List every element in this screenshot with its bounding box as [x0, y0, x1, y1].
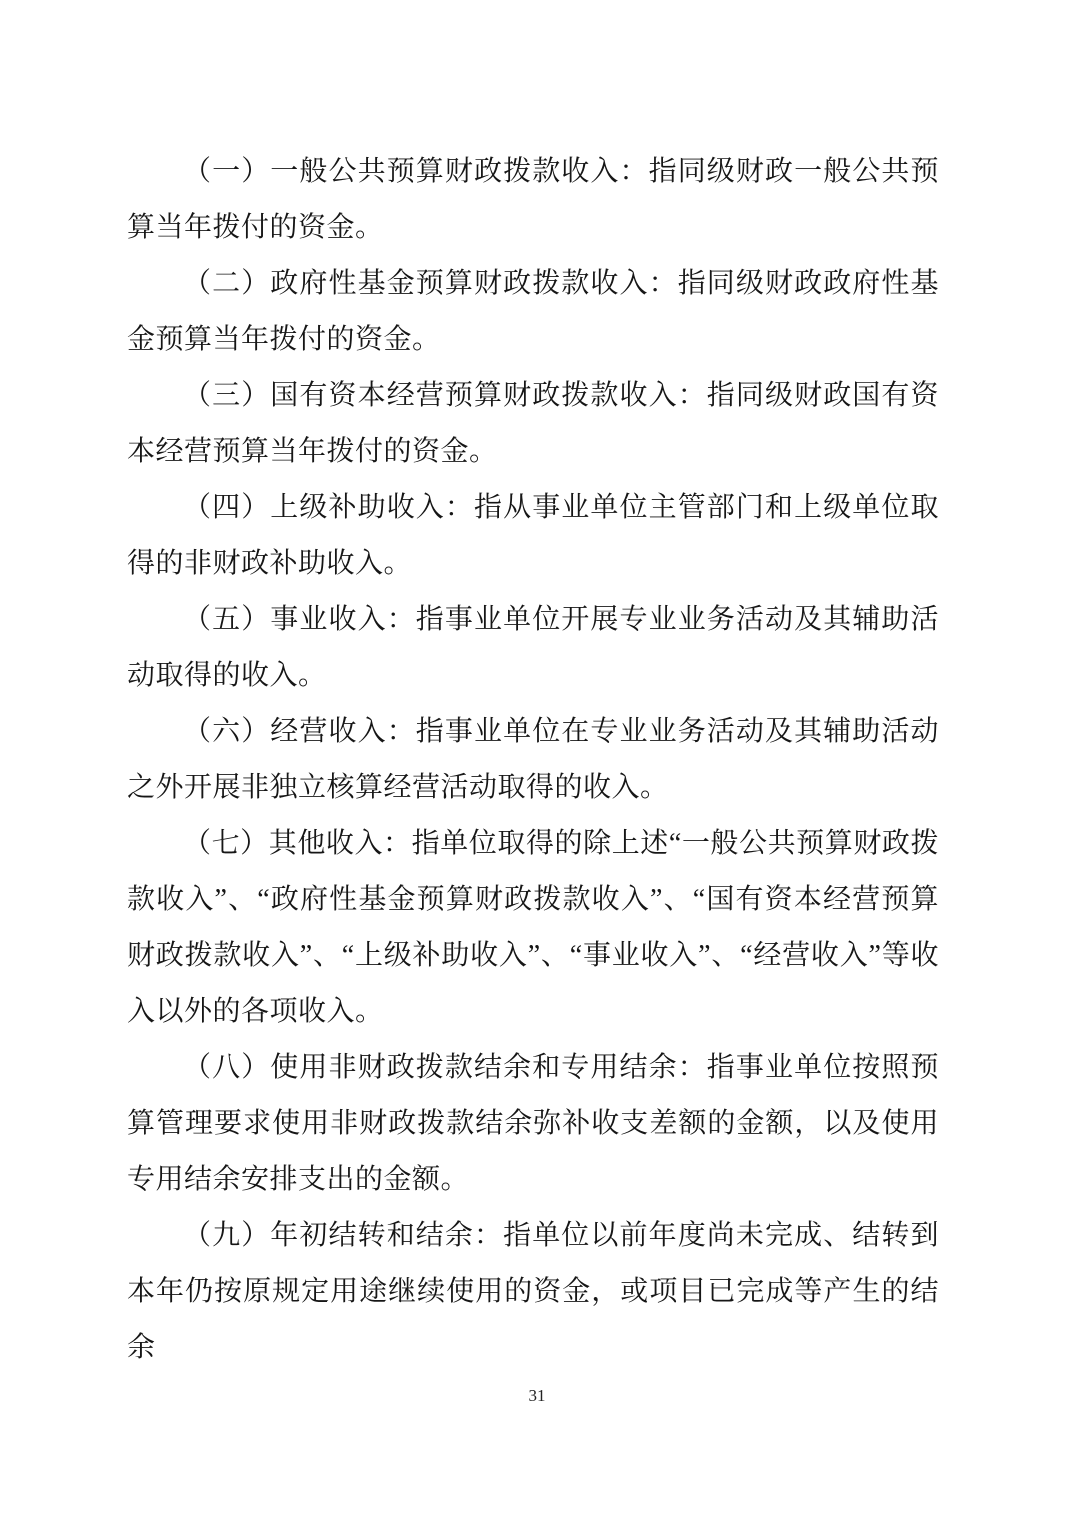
document-body: （一）一般公共预算财政拨款收入：指同级财政一般公共预算当年拨付的资金。 （二）政…	[127, 144, 939, 1376]
paragraph-item-9: （九）年初结转和结余：指单位以前年度尚未完成、结转到本年仍按原规定用途继续使用的…	[127, 1208, 939, 1376]
paragraph-item-8: （八）使用非财政拨款结余和专用结余：指事业单位按照预算管理要求使用非财政拨款结余…	[127, 1040, 939, 1208]
page-number: 31	[0, 1386, 1074, 1406]
paragraph-item-6: （六）经营收入：指事业单位在专业业务活动及其辅助活动之外开展非独立核算经营活动取…	[127, 704, 939, 816]
paragraph-item-4: （四）上级补助收入：指从事业单位主管部门和上级单位取得的非财政补助收入。	[127, 480, 939, 592]
document-page: （一）一般公共预算财政拨款收入：指同级财政一般公共预算当年拨付的资金。 （二）政…	[0, 0, 1074, 1520]
paragraph-item-1: （一）一般公共预算财政拨款收入：指同级财政一般公共预算当年拨付的资金。	[127, 144, 939, 256]
paragraph-item-5: （五）事业收入：指事业单位开展专业业务活动及其辅助活动取得的收入。	[127, 592, 939, 704]
paragraph-item-7: （七）其他收入：指单位取得的除上述“一般公共预算财政拨款收入”、“政府性基金预算…	[127, 816, 939, 1040]
paragraph-item-2: （二）政府性基金预算财政拨款收入：指同级财政政府性基金预算当年拨付的资金。	[127, 256, 939, 368]
paragraph-item-3: （三）国有资本经营预算财政拨款收入：指同级财政国有资本经营预算当年拨付的资金。	[127, 368, 939, 480]
